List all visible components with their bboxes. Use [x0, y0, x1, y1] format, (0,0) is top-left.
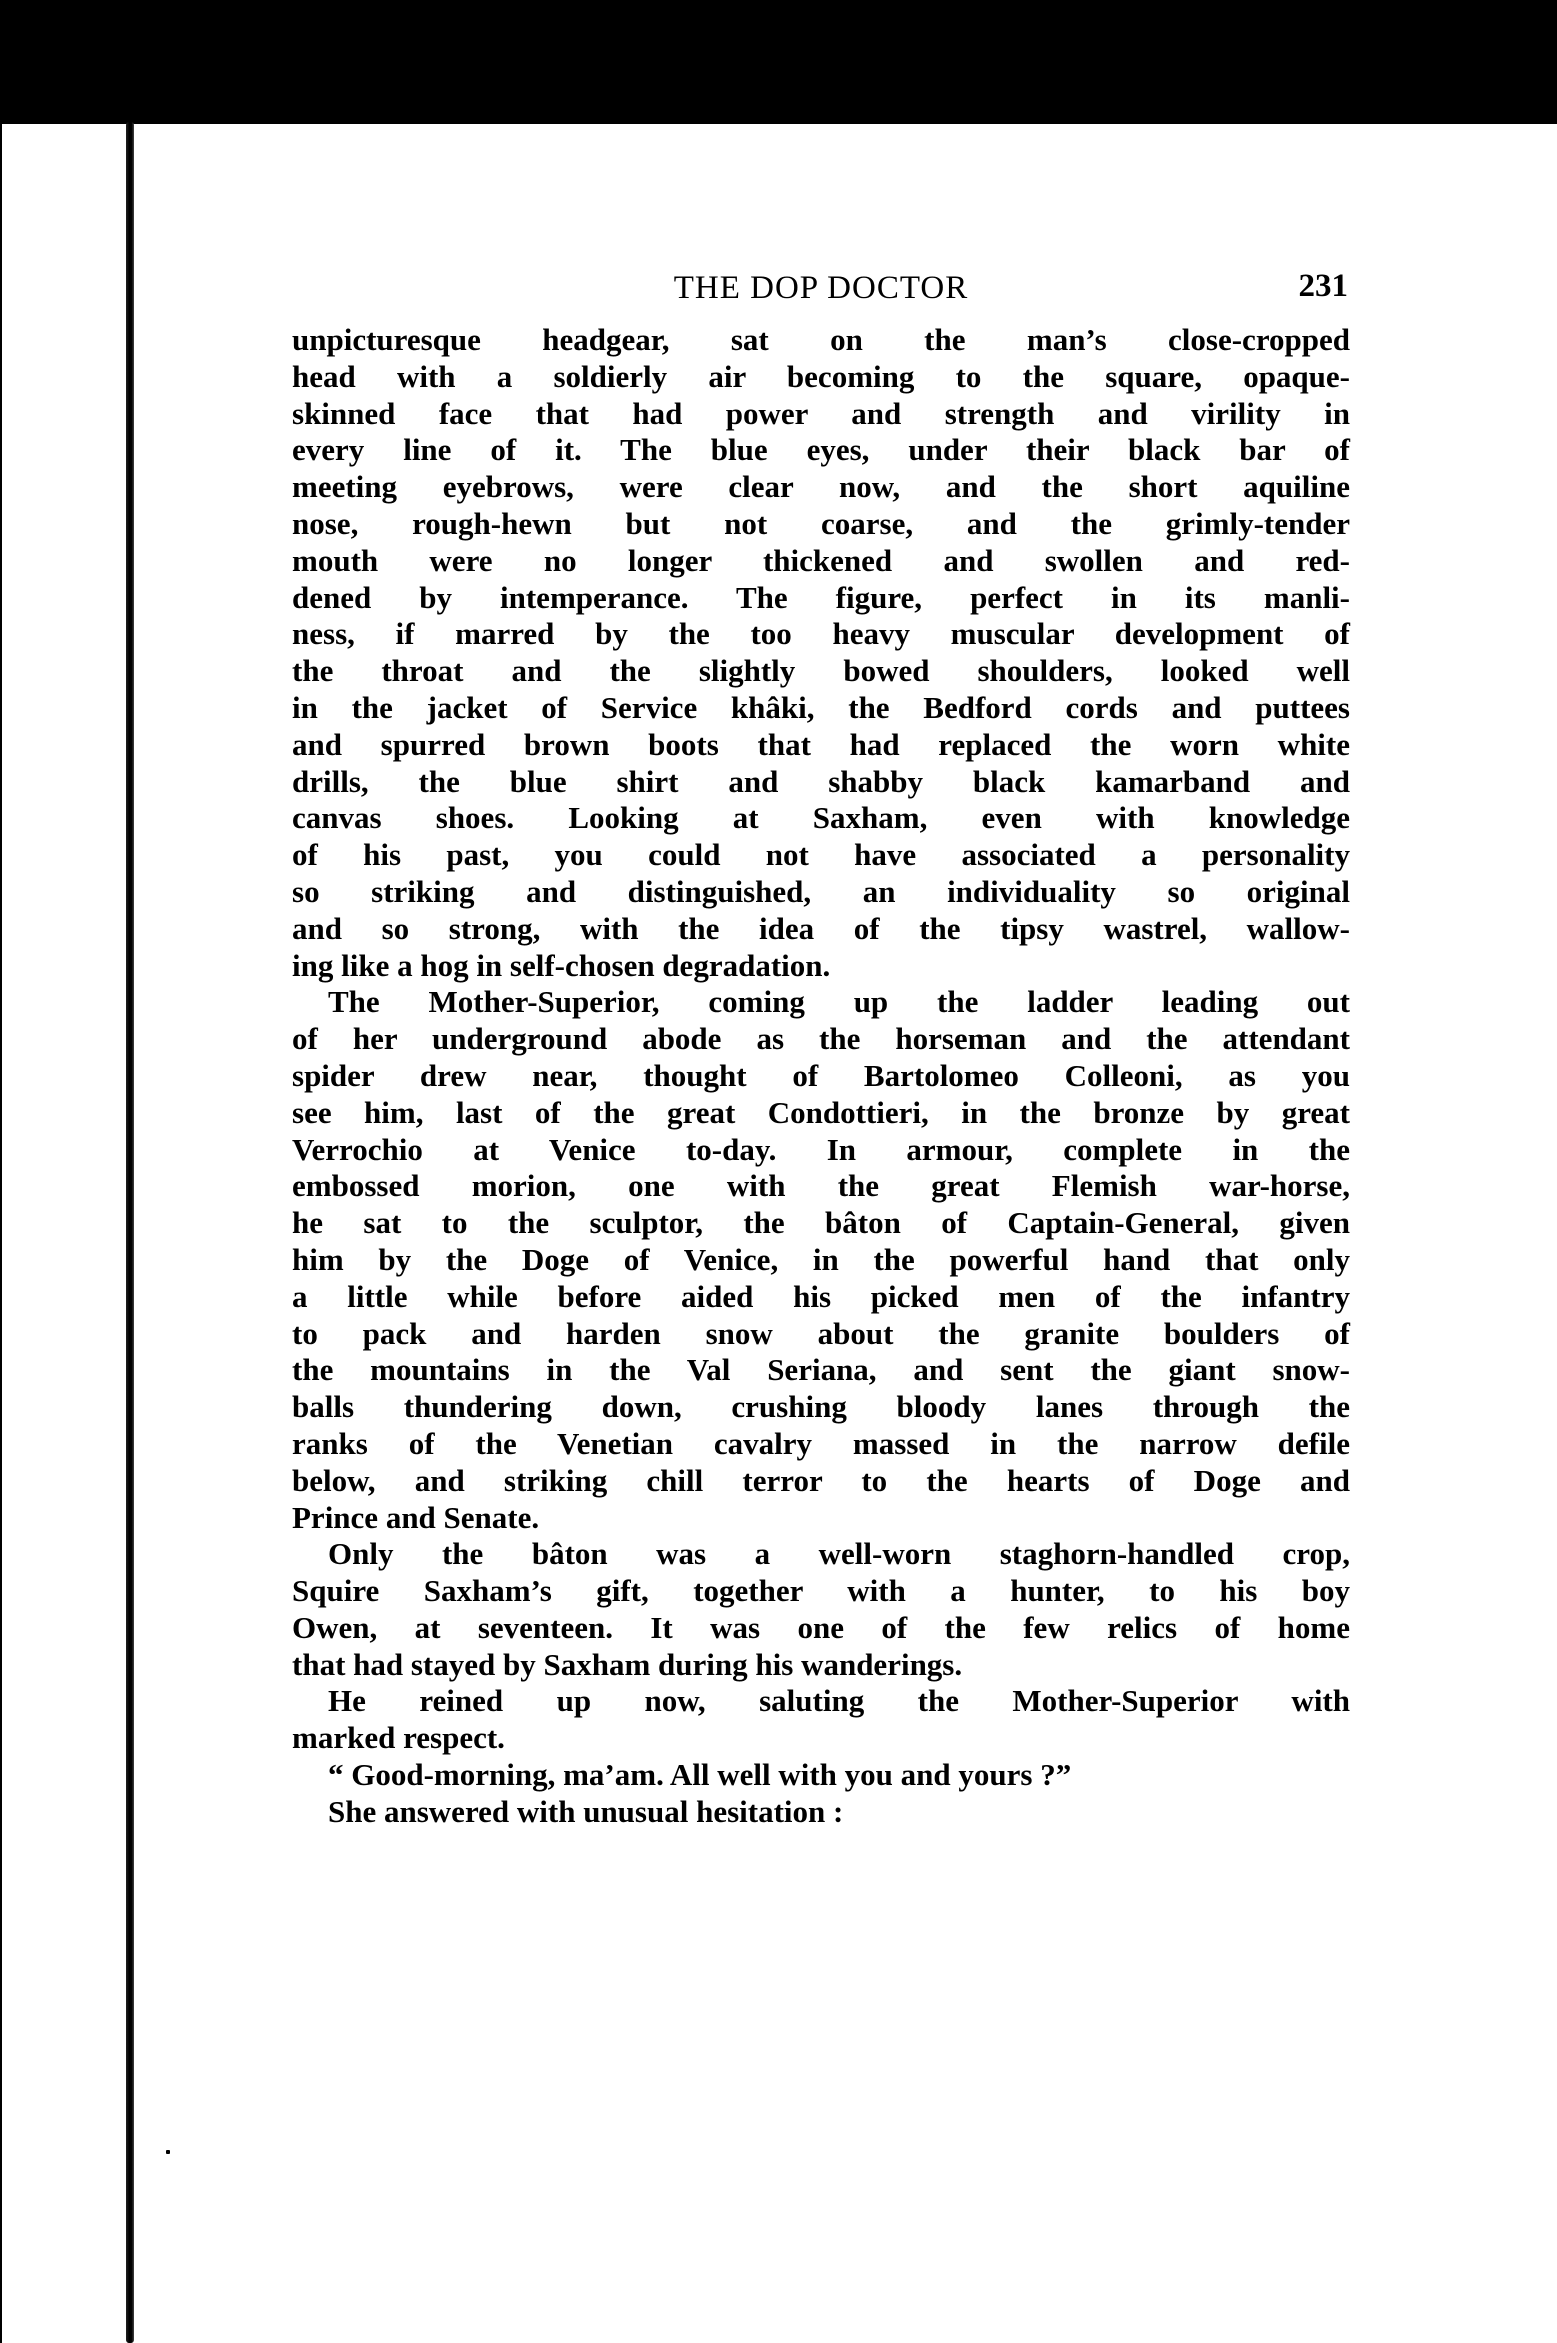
- text-line: him by the Doge of Venice, in the powerf…: [292, 1242, 1350, 1279]
- text-line: see him, last of the great Condottieri, …: [292, 1095, 1350, 1132]
- book-binding-gutter: [126, 122, 134, 2343]
- paragraph: Only the bâton was a well-worn staghorn-…: [292, 1536, 1350, 1683]
- text-line: and so strong, with the idea of the tips…: [292, 911, 1350, 948]
- text-line: She answered with unusual hesitation :: [292, 1794, 1350, 1831]
- running-title: THE DOP DOCTOR: [292, 270, 1350, 307]
- text-line: Owen, at seventeen. It was one of the fe…: [292, 1610, 1350, 1647]
- text-line: of her underground abode as the horseman…: [292, 1021, 1350, 1058]
- text-line: every line of it. The blue eyes, under t…: [292, 432, 1350, 469]
- text-line: balls thundering down, crushing bloody l…: [292, 1389, 1350, 1426]
- page-number: 231: [1299, 268, 1349, 305]
- text-line: Verrochio at Venice to-day. In armour, c…: [292, 1132, 1350, 1169]
- text-line: the throat and the slightly bowed should…: [292, 653, 1350, 690]
- scan-top-border: [0, 0, 1557, 124]
- text-line: of his past, you could not have associat…: [292, 837, 1350, 874]
- text-line: he sat to the sculptor, the bâton of Cap…: [292, 1205, 1350, 1242]
- text-line: canvas shoes. Looking at Saxham, even wi…: [292, 800, 1350, 837]
- text-line: meeting eyebrows, were clear now, and th…: [292, 469, 1350, 506]
- text-line: “ Good-morning, ma’am. All well with you…: [292, 1757, 1350, 1794]
- running-head: THE DOP DOCTOR 231: [292, 270, 1350, 320]
- text-line: embossed morion, one with the great Flem…: [292, 1168, 1350, 1205]
- text-line: marked respect.: [292, 1720, 1350, 1757]
- text-line: ing like a hog in self-chosen degradatio…: [292, 948, 1350, 985]
- text-line: dened by intemperance. The figure, perfe…: [292, 580, 1350, 617]
- paragraph: unpicturesque headgear, sat on the man’s…: [292, 322, 1350, 984]
- text-line: nose, rough-hewn but not coarse, and the…: [292, 506, 1350, 543]
- text-line: Prince and Senate.: [292, 1500, 1350, 1537]
- text-line: head with a soldierly air becoming to th…: [292, 359, 1350, 396]
- text-line: mouth were no longer thickened and swoll…: [292, 543, 1350, 580]
- text-line: He reined up now, saluting the Mother-Su…: [292, 1683, 1350, 1720]
- text-line: that had stayed by Saxham during his wan…: [292, 1647, 1350, 1684]
- paragraph: “ Good-morning, ma’am. All well with you…: [292, 1757, 1350, 1794]
- text-line: Squire Saxham’s gift, together with a hu…: [292, 1573, 1350, 1610]
- text-line: drills, the blue shirt and shabby black …: [292, 764, 1350, 801]
- text-line: below, and striking chill terror to the …: [292, 1463, 1350, 1500]
- text-line: unpicturesque headgear, sat on the man’s…: [292, 322, 1350, 359]
- text-line: The Mother-Superior, coming up the ladde…: [292, 984, 1350, 1021]
- text-line: skinned face that had power and strength…: [292, 396, 1350, 433]
- text-line: ranks of the Venetian cavalry massed in …: [292, 1426, 1350, 1463]
- text-line: ness, if marred by the too heavy muscula…: [292, 616, 1350, 653]
- paragraph: He reined up now, saluting the Mother-Su…: [292, 1683, 1350, 1757]
- paragraph: The Mother-Superior, coming up the ladde…: [292, 984, 1350, 1536]
- text-line: spider drew near, thought of Bartolomeo …: [292, 1058, 1350, 1095]
- text-line: so striking and distinguished, an indivi…: [292, 874, 1350, 911]
- text-line: a little while before aided his picked m…: [292, 1279, 1350, 1316]
- text-line: in the jacket of Service khâki, the Bedf…: [292, 690, 1350, 727]
- paragraph: She answered with unusual hesitation :: [292, 1794, 1350, 1831]
- scan-speck: [166, 2150, 170, 2154]
- text-line: and spurred brown boots that had replace…: [292, 727, 1350, 764]
- book-page: THE DOP DOCTOR 231 unpicturesque headgea…: [292, 270, 1350, 1831]
- text-line: the mountains in the Val Seriana, and se…: [292, 1352, 1350, 1389]
- body-text: unpicturesque headgear, sat on the man’s…: [292, 322, 1350, 1831]
- text-line: to pack and harden snow about the granit…: [292, 1316, 1350, 1353]
- text-line: Only the bâton was a well-worn staghorn-…: [292, 1536, 1350, 1573]
- scan-left-edge: [0, 122, 2, 2343]
